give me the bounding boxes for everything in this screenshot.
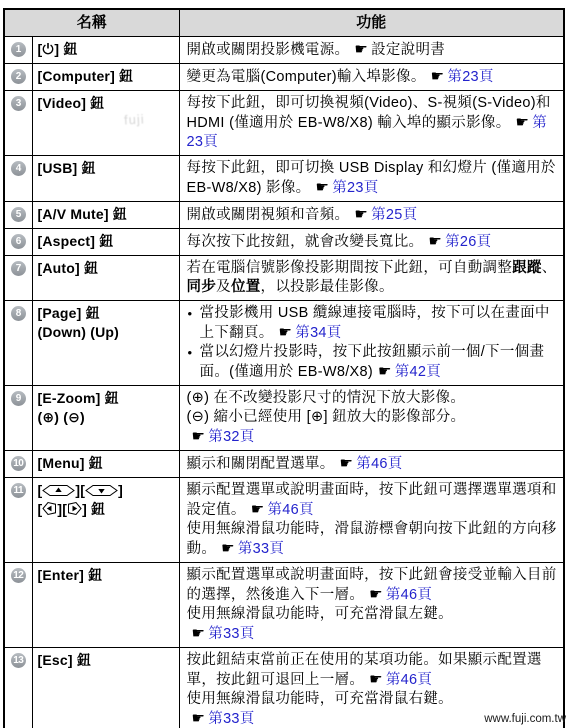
text-run: 按此鈕結束當前正在使用的某項功能。如果顯示配置選單，按此鈕可退回上一層。 [187,652,542,688]
pointer-hand-icon: ☛ [378,363,392,380]
text-run: 當投影機用 USB 纜線連接電腦時，按下可以在畫面中上下翻頁。 [200,305,550,341]
button-name-line: [USB] 鈕 [38,159,177,178]
text-run: [Aspect] 鈕 [38,233,114,249]
text-run: [Auto] 鈕 [38,260,99,276]
function-paragraph: 顯示配置選單或說明畫面時，按下此鈕可選擇選單選項和設定值。☛第46頁 [187,481,558,520]
text-run: [Video] 鈕 [38,95,105,111]
text-run: [Page] 鈕 [38,305,100,321]
text-run: ] 鈕 [54,41,77,57]
function-cell: (⊕) 在不改變投影尺寸的情況下放大影像。(⊖) 縮小已經使用 [⊕] 鈕放大的… [179,386,564,451]
pointer-hand-icon: ☛ [221,540,235,557]
row-number-cell: 2 [4,64,32,91]
row-number-badge: 7 [11,261,26,276]
text-run: [A/V Mute] 鈕 [38,206,128,222]
button-name-cell: [Aspect] 鈕 [32,229,179,256]
page-link[interactable]: 第32頁 [208,429,254,445]
row-number-cell: 1 [4,37,32,64]
function-paragraph: 使用無線滑鼠功能時，可充當滑鼠右鍵。 [187,690,558,709]
text-run-bold: 位置 [231,279,261,295]
text-run-bold: 同步 [187,279,217,295]
text-run: 若在電腦信號影像投影期間按下此鈕，可自動調整 [187,260,513,276]
text-run: 、 [542,260,557,276]
pointer-hand-icon: ☛ [251,501,265,518]
text-run: [USB] 鈕 [38,160,96,176]
button-name-cell: [Page] 鈕(Down) (Up) [32,301,179,386]
row-number-badge: 13 [11,653,26,668]
row-number-cell: 8 [4,301,32,386]
button-name-cell: [] 鈕 [32,37,179,64]
page-link[interactable]: 第33頁 [208,626,254,642]
table-row: 2[Computer] 鈕變更為電腦(Computer)輸入埠影像。☛第23頁 [4,64,564,91]
button-name-line: [A/V Mute] 鈕 [38,205,177,224]
row-number-badge: 10 [11,456,26,471]
text-run: 開啟或關閉視頻和音頻。 [187,207,350,223]
power-icon [42,41,54,57]
button-name-cell: [Computer] 鈕 [32,64,179,91]
function-cell: 若在電腦信號影像投影期間按下此鈕，可自動調整跟蹤、同步及位置，以投影最佳影像。 [179,256,564,301]
page-link[interactable]: 第23頁 [332,180,378,196]
page-link[interactable]: 第33頁 [238,541,284,557]
row-number-cell: 9 [4,386,32,451]
text-run: [Enter] 鈕 [38,567,103,583]
row-number-cell: 3 [4,91,32,156]
footer-website-url: www.fuji.com.tw [484,713,566,725]
pointer-hand-icon: ☛ [340,455,354,472]
button-name-line: [Video] 鈕 [38,94,177,113]
function-paragraph: 使用無線滑鼠功能時，可充當滑鼠左鍵。 [187,605,558,624]
text-run: (⊕) (⊖) [38,409,85,425]
text-run: ，以投影最佳影像。 [261,279,394,295]
pointer-hand-icon: ☛ [315,179,329,196]
pointer-hand-icon: ☛ [369,586,383,603]
row-number-badge: 5 [11,207,26,222]
table-row: 13[Esc] 鈕按此鈕結束當前正在使用的某項功能。如果顯示配置選單，按此鈕可退… [4,648,564,728]
row-number-badge: 6 [11,234,26,249]
button-name-cell: [Video] 鈕 [32,91,179,156]
pointer-hand-icon: ☛ [279,324,293,341]
function-paragraph: 使用無線滑鼠功能時，滑鼠游標會朝向按下此鈕的方向移動。☛第33頁 [187,520,558,559]
text-run-bold: 跟蹤 [512,260,542,276]
text-run: 當以幻燈片投影時，按下此按鈕顯示前一個/下一個畫面。(僅適用於 EB-W8/X8… [200,344,545,380]
text-run: 使用無線滑鼠功能時，可充當滑鼠左鍵。 [187,606,453,622]
text-run: (⊖) 縮小已經使用 [⊕] 鈕放大的影像部分。 [187,409,466,425]
button-name-line: [Page] 鈕 [38,304,177,323]
function-cell: •當投影機用 USB 纜線連接電腦時，按下可以在畫面中上下翻頁。☛第34頁•當以… [179,301,564,386]
btn-up-icon [42,482,75,498]
btn-right-icon [67,501,82,517]
btn-left-icon [42,501,57,517]
function-paragraph: 按此鈕結束當前正在使用的某項功能。如果顯示配置選單，按此鈕可退回上一層。☛第46… [187,651,558,690]
function-paragraph: 開啟或關閉投影機電源。☛設定說明書 [187,40,558,60]
text-run: 變更為電腦(Computer)輸入埠影像。 [187,69,426,85]
text-run: 及 [216,279,231,295]
pointer-hand-icon: ☛ [428,233,442,250]
function-paragraph: ☛第32頁 [187,427,558,447]
function-cell: 顯示和關閉配置選單。☛第46頁 [179,451,564,478]
function-paragraph: •當投影機用 USB 纜線連接電腦時，按下可以在畫面中上下翻頁。☛第34頁 [187,304,558,343]
row-number-badge: 12 [11,568,26,583]
button-name-line: [Esc] 鈕 [38,651,177,670]
text-run: [Esc] 鈕 [38,652,92,668]
page-link[interactable]: 第42頁 [395,364,441,380]
function-paragraph: 每按下此鈕，即可切換視頻(Video)、S-視頻(S-Video)和 HDMI … [187,94,558,152]
function-cell: 開啟或關閉視頻和音頻。☛第25頁 [179,202,564,229]
function-cell: 每次按下此按鈕，就會改變長寬比。☛第26頁 [179,229,564,256]
table-row: 11[][][][] 鈕顯示配置選單或說明畫面時，按下此鈕可選擇選單選項和設定值… [4,478,564,563]
text-run: 每次按下此按鈕，就會改變長寬比。 [187,234,424,250]
function-cell: 顯示配置選單或說明畫面時，按下此鈕會接受並輸入目前的選擇，然後進入下一層。☛第4… [179,563,564,648]
column-header-name: 名稱 [4,9,179,37]
table-row: 7[Auto] 鈕若在電腦信號影像投影期間按下此鈕，可自動調整跟蹤、同步及位置，… [4,256,564,301]
table-row: 12[Enter] 鈕顯示配置選單或說明畫面時，按下此鈕會接受並輸入目前的選擇，… [4,563,564,648]
function-paragraph: 若在電腦信號影像投影期間按下此鈕，可自動調整跟蹤、同步及位置，以投影最佳影像。 [187,259,558,297]
row-number-cell: 6 [4,229,32,256]
text-run: 使用無線滑鼠功能時，可充當滑鼠右鍵。 [187,691,453,707]
button-name-line: [][] [38,481,177,500]
button-name-cell: [Enter] 鈕 [32,563,179,648]
function-paragraph: 每按下此鈕，即可切換 USB Display 和幻燈片 (僅適用於 EB-W8/… [187,159,558,198]
button-name-cell: [E-Zoom] 鈕(⊕) (⊖) [32,386,179,451]
function-paragraph: (⊖) 縮小已經使用 [⊕] 鈕放大的影像部分。 [187,408,558,427]
pointer-hand-icon: ☛ [431,68,445,85]
button-reference-table: 名稱 功能 1[] 鈕開啟或關閉投影機電源。☛設定說明書2[Computer] … [3,8,565,728]
text-run: 顯示和關閉配置選單。 [187,456,335,472]
function-paragraph: 顯示配置選單或說明畫面時，按下此鈕會接受並輸入目前的選擇，然後進入下一層。☛第4… [187,566,558,605]
button-name-line: [Computer] 鈕 [38,67,177,86]
function-cell: 每按下此鈕，即可切換視頻(Video)、S-視頻(S-Video)和 HDMI … [179,91,564,156]
button-name-line: [Auto] 鈕 [38,259,177,278]
table-row: 9[E-Zoom] 鈕(⊕) (⊖)(⊕) 在不改變投影尺寸的情況下放大影像。(… [4,386,564,451]
page-link[interactable]: 第33頁 [208,711,254,727]
row-number-cell: 12 [4,563,32,648]
row-number-cell: 5 [4,202,32,229]
table-row: 3[Video] 鈕每按下此鈕，即可切換視頻(Video)、S-視頻(S-Vid… [4,91,564,156]
text-run: 開啟或關閉投影機電源。 [187,42,350,58]
page-link[interactable]: 第46頁 [356,456,402,472]
row-number-badge: 2 [11,69,26,84]
button-name-cell: [Menu] 鈕 [32,451,179,478]
table-row: 5[A/V Mute] 鈕開啟或關閉視頻和音頻。☛第25頁 [4,202,564,229]
column-header-function: 功能 [179,9,564,37]
page-link[interactable]: 第26頁 [445,234,491,250]
table-row: 8[Page] 鈕(Down) (Up)•當投影機用 USB 纜線連接電腦時，按… [4,301,564,386]
table-row: 6[Aspect] 鈕每次按下此按鈕，就會改變長寬比。☛第26頁 [4,229,564,256]
page-link[interactable]: 第46頁 [386,587,432,603]
function-paragraph: ☛第33頁 [187,624,558,644]
text-run: [Menu] 鈕 [38,455,103,471]
button-name-line: [][] 鈕 [38,500,177,519]
button-name-cell: [Auto] 鈕 [32,256,179,301]
text-run: 設定說明書 [371,42,445,58]
pointer-hand-icon: ☛ [354,41,368,58]
row-number-badge: 9 [11,391,26,406]
function-paragraph: 每次按下此按鈕，就會改變長寬比。☛第26頁 [187,232,558,252]
row-number-badge: 3 [11,96,26,111]
button-name-cell: [USB] 鈕 [32,156,179,202]
text-run: (Down) (Up) [38,324,120,340]
row-number-badge: 8 [11,306,26,321]
pointer-hand-icon: ☛ [516,114,530,131]
text-run: 顯示配置選單或說明畫面時，按下此鈕可選擇選單選項和設定值。 [187,482,557,518]
table-row: 4[USB] 鈕每按下此鈕，即可切換 USB Display 和幻燈片 (僅適用… [4,156,564,202]
row-number-cell: 7 [4,256,32,301]
table-body: 1[] 鈕開啟或關閉投影機電源。☛設定說明書2[Computer] 鈕變更為電腦… [4,37,564,728]
table-header-row: 名稱 功能 [4,9,564,37]
row-number-cell: 10 [4,451,32,478]
function-paragraph: 開啟或關閉視頻和音頻。☛第25頁 [187,205,558,225]
function-cell: 每按下此鈕，即可切換 USB Display 和幻燈片 (僅適用於 EB-W8/… [179,156,564,202]
button-name-line: [] 鈕 [38,40,177,59]
text-run: [E-Zoom] 鈕 [38,390,119,406]
text-run: 每按下此鈕，即可切換視頻(Video)、S-視頻(S-Video)和 HDMI … [187,95,551,131]
page-link[interactable]: 第34頁 [295,325,341,341]
text-run: ][ [57,501,67,517]
pointer-hand-icon: ☛ [369,671,383,688]
btn-down-icon [85,482,118,498]
page-link[interactable]: 第23頁 [447,69,493,85]
button-name-cell: [A/V Mute] 鈕 [32,202,179,229]
table-row: 10[Menu] 鈕顯示和關閉配置選單。☛第46頁 [4,451,564,478]
row-number-badge: 4 [11,161,26,176]
page-link[interactable]: 第46頁 [386,672,432,688]
bullet-icon: • [188,343,193,362]
pointer-hand-icon: ☛ [192,428,206,445]
button-name-cell: [][][][] 鈕 [32,478,179,563]
button-name-cell: [Esc] 鈕 [32,648,179,728]
function-cell: 開啟或關閉投影機電源。☛設定說明書 [179,37,564,64]
button-name-line: (Down) (Up) [38,323,177,342]
page-link[interactable]: 第46頁 [267,502,313,518]
text-run: ][ [75,482,85,498]
row-number-cell: 4 [4,156,32,202]
function-paragraph: •當以幻燈片投影時，按下此按鈕顯示前一個/下一個畫面。(僅適用於 EB-W8/X… [187,343,558,382]
row-number-cell: 11 [4,478,32,563]
row-number-badge: 1 [11,42,26,57]
function-paragraph: 變更為電腦(Computer)輸入埠影像。☛第23頁 [187,67,558,87]
pointer-hand-icon: ☛ [192,625,206,642]
button-name-line: [Menu] 鈕 [38,454,177,473]
function-paragraph: 顯示和關閉配置選單。☛第46頁 [187,454,558,474]
text-run: ] 鈕 [82,501,105,517]
row-number-badge: 11 [11,483,26,498]
text-run: ] [118,482,123,498]
function-cell: 顯示配置選單或說明畫面時，按下此鈕可選擇選單選項和設定值。☛第46頁使用無線滑鼠… [179,478,564,563]
function-paragraph: (⊕) 在不改變投影尺寸的情況下放大影像。 [187,389,558,408]
pointer-hand-icon: ☛ [192,710,206,727]
text-run: [Computer] 鈕 [38,68,134,84]
button-name-line: (⊕) (⊖) [38,408,177,427]
button-name-line: [Aspect] 鈕 [38,232,177,251]
button-name-line: [Enter] 鈕 [38,566,177,585]
button-name-line: [E-Zoom] 鈕 [38,389,177,408]
bullet-icon: • [188,304,193,323]
text-run: (⊕) 在不改變投影尺寸的情況下放大影像。 [187,390,466,406]
table-row: 1[] 鈕開啟或關閉投影機電源。☛設定說明書 [4,37,564,64]
page-link[interactable]: 第25頁 [371,207,417,223]
function-cell: 變更為電腦(Computer)輸入埠影像。☛第23頁 [179,64,564,91]
row-number-cell: 13 [4,648,32,728]
pointer-hand-icon: ☛ [354,206,368,223]
